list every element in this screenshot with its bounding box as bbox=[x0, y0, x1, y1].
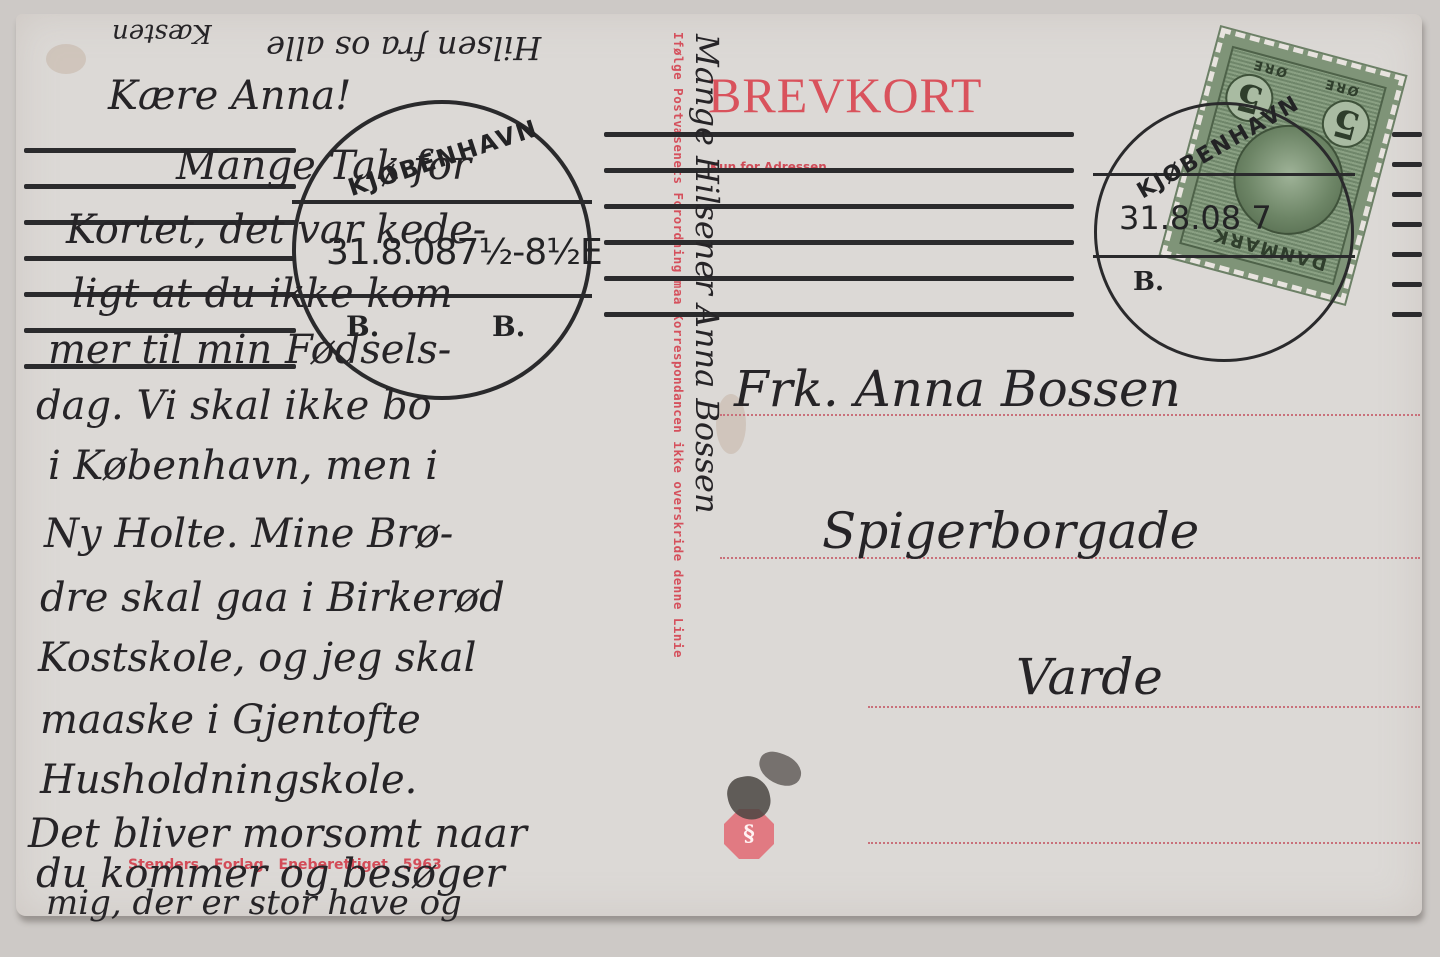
cancel-bar bbox=[604, 240, 1074, 245]
recipient-city: Varde bbox=[1016, 648, 1163, 706]
message-line: Kostskole, og jeg skal bbox=[38, 638, 476, 678]
cancel-bar bbox=[1392, 162, 1422, 167]
message-line: dag. Vi skal ikke bo bbox=[36, 386, 432, 426]
cancel-bar bbox=[24, 256, 296, 261]
postmark-letter-left: B. bbox=[1133, 267, 1164, 297]
message-upside-down-2: Kæsten bbox=[112, 20, 212, 46]
regulation-text: Ifølge Postvæsenets Forordning maa Korre… bbox=[670, 32, 686, 852]
stamp-currency-top-2: ØRE bbox=[1322, 75, 1361, 99]
postmark-letter-right: B. bbox=[492, 310, 525, 343]
address-line-3 bbox=[868, 706, 1420, 708]
message-line: mig, der er stor have og bbox=[46, 886, 462, 920]
cancel-bar bbox=[1392, 312, 1422, 317]
cancel-bar bbox=[604, 276, 1074, 281]
message-line: Mange Tak for bbox=[176, 146, 471, 186]
message-line: mer til min Fødsels- bbox=[48, 330, 451, 370]
message-line: i København, men i bbox=[48, 446, 438, 486]
message-line: ligt at du ikke kom bbox=[72, 274, 453, 314]
message-line: Ny Holte. Mine Brø- bbox=[44, 514, 453, 554]
address-line-4 bbox=[868, 842, 1420, 844]
cancel-bar bbox=[604, 132, 1074, 137]
cancel-bar bbox=[604, 168, 1074, 173]
message-line: dre skal gaa i Birkerød bbox=[40, 578, 505, 618]
cancel-bar bbox=[604, 312, 1074, 317]
postmark-right: KJØBENHAVN 31.8.08 7 B. bbox=[1094, 102, 1354, 362]
message-line: maaske i Gjentofte bbox=[40, 700, 421, 740]
recipient-name: Frk. Anna Bossen bbox=[734, 360, 1181, 418]
cancel-bar bbox=[1392, 282, 1422, 287]
cancel-bar bbox=[1392, 192, 1422, 197]
postmark-city: KJØBENHAVN bbox=[1133, 91, 1304, 204]
message-line: Kære Anna! bbox=[108, 76, 351, 116]
postcard: BREVKORT Kun for Adressen. Ifølge Postvæ… bbox=[16, 14, 1422, 916]
message-line: Kortet, det var kede- bbox=[66, 210, 486, 250]
cancel-bar bbox=[1392, 252, 1422, 257]
postcard-title: BREVKORT bbox=[708, 66, 982, 124]
cancel-bar bbox=[1392, 132, 1422, 137]
postmark-date: 31.8.08 bbox=[1119, 199, 1241, 237]
cancel-bar bbox=[1392, 222, 1422, 227]
message-upside-down-1: Hilsen fra os alle bbox=[266, 32, 541, 64]
cancel-bar bbox=[604, 204, 1074, 209]
message-margin-vertical: Mange Hilsener Anna Bossen bbox=[688, 34, 726, 514]
message-line: Det bliver morsomt naar bbox=[28, 814, 527, 854]
message-line: Husholdningskole. bbox=[40, 760, 417, 800]
ink-blot bbox=[724, 773, 773, 824]
stain bbox=[46, 44, 86, 74]
recipient-street: Spigerborgade bbox=[822, 502, 1199, 560]
postmark-time: 7 bbox=[1251, 199, 1271, 237]
